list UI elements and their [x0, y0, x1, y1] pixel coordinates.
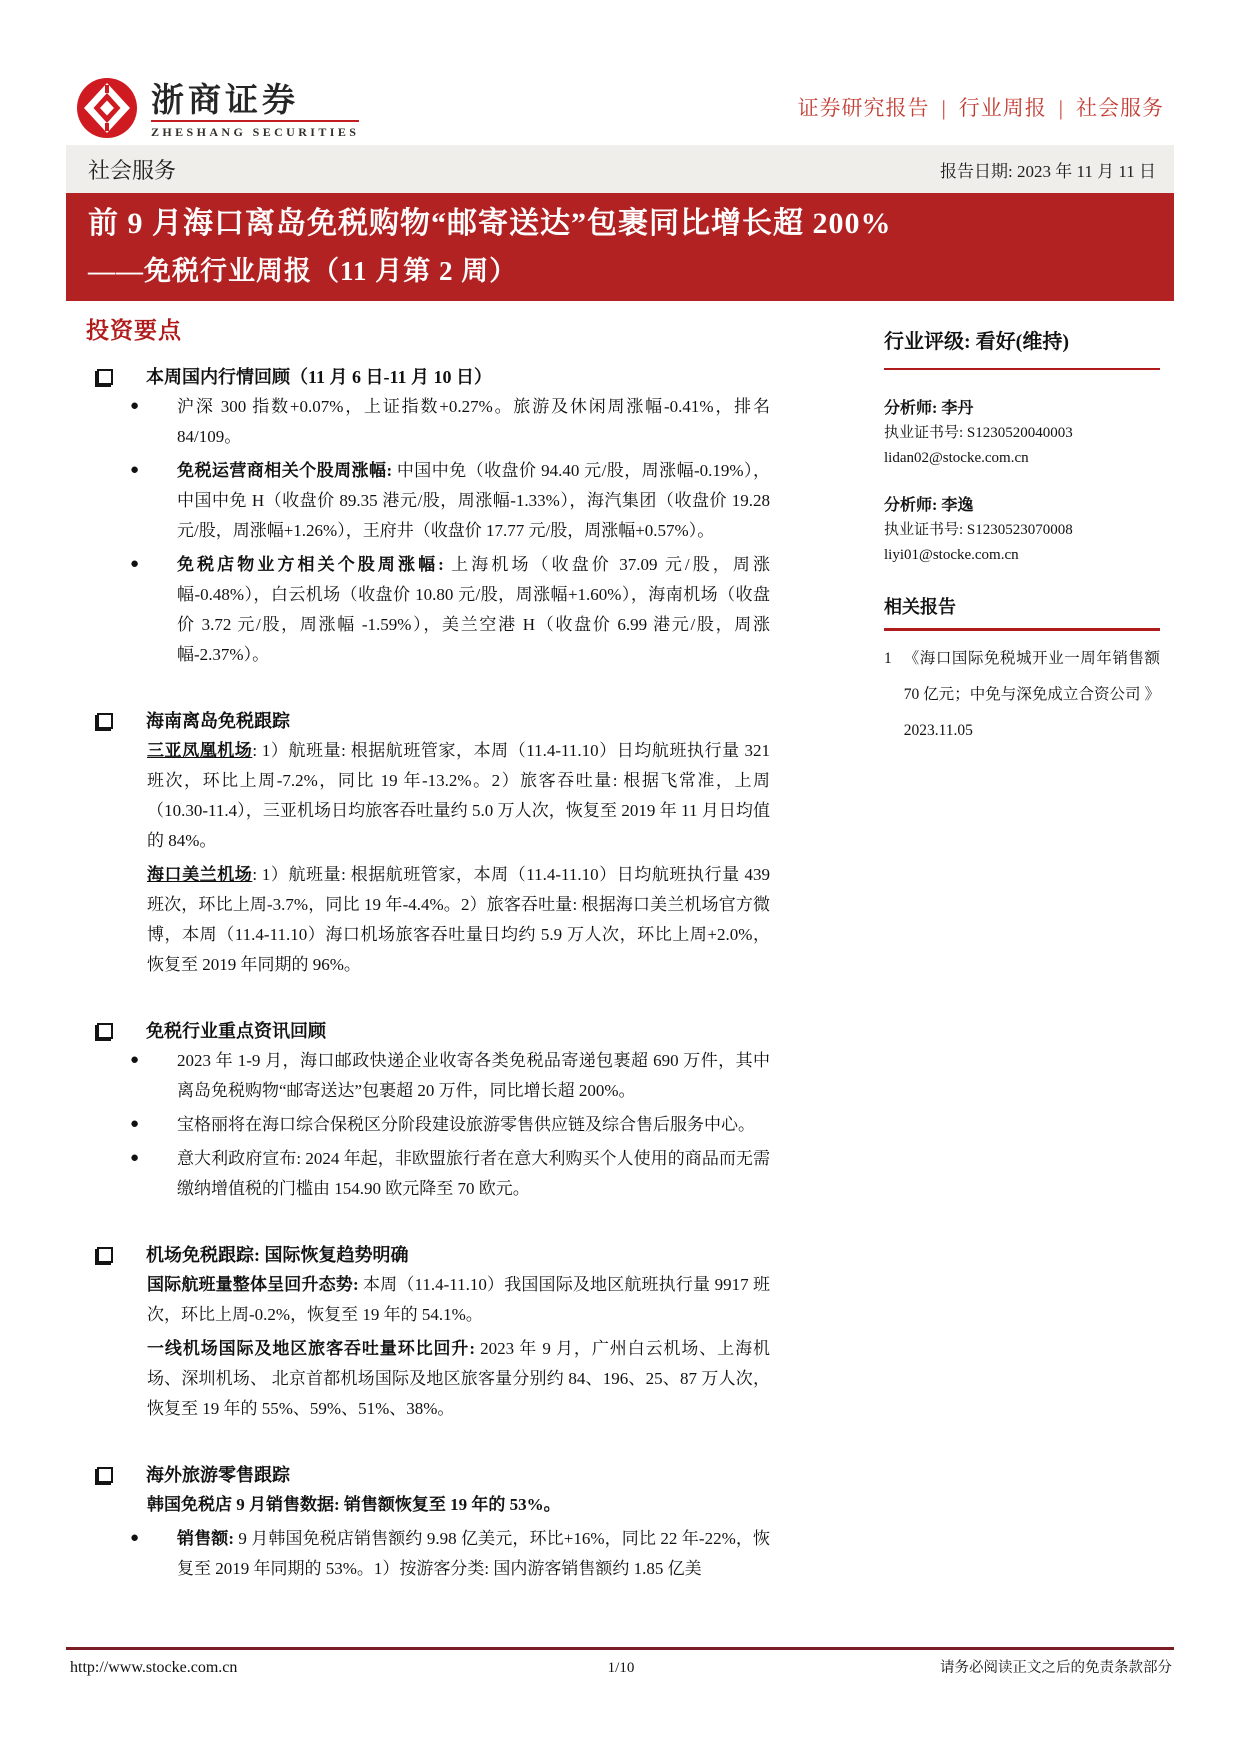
- text-run: 2023 年 1-9 月，海口邮政快递企业收寄各类免税品寄递包裹超 690 万件…: [177, 1051, 770, 1100]
- logo-text-block: 浙商证券 ZHESHANG SECURITIES: [151, 82, 359, 140]
- text-run: 宝格丽将在海口综合保税区分阶段建设旅游零售供应链及综合售后服务中心。: [177, 1115, 755, 1134]
- analyst-name: 分析师: 李丹: [884, 396, 1160, 421]
- zheshang-logo: 浙商证券 ZHESHANG SECURITIES: [75, 76, 359, 145]
- report-type-tags: 证券研究报告|行业周报|社会服务: [798, 92, 1164, 122]
- section-heading-text: 海南离岛免税跟踪: [146, 706, 290, 736]
- analyst-cert-number: 执业证书号: S1230523070008: [884, 518, 1160, 543]
- section-heading-text: 机场免税跟踪: 国际恢复趋势明确: [146, 1240, 409, 1270]
- text-run: 免税店物业方相关个股周涨幅:: [177, 555, 451, 574]
- report-tag: 社会服务: [1076, 96, 1164, 120]
- text-run: 免税运营商相关个股周涨幅:: [177, 461, 397, 480]
- section-heading: 本周国内行情回顾（11 月 6 日-11 月 10 日）: [97, 362, 770, 392]
- text-run: 销售额:: [177, 1529, 238, 1548]
- paragraph: 一线机场国际及地区旅客吞吐量环比回升: 2023 年 9 月，广州白云机场、上海…: [147, 1334, 770, 1424]
- report-section: 海南离岛免税跟踪三亚凤凰机场: 1）航班量: 根据航班管家，本周（11.4-11…: [86, 706, 770, 980]
- logo-chinese-name: 浙商证券: [151, 82, 359, 118]
- section-checkbox-icon: [97, 1467, 113, 1483]
- sections: 本周国内行情回顾（11 月 6 日-11 月 10 日）●沪深 300 指数+0…: [86, 362, 770, 1584]
- page-number: 1/10: [467, 1660, 776, 1677]
- analyst-card: 分析师: 李逸执业证书号: S1230523070008liyi01@stock…: [884, 493, 1160, 568]
- title-banner: 前 9 月海口离岛免税购物“邮寄送达”包裹同比增长超 200% ——免税行业周报…: [66, 193, 1174, 301]
- report-date: 报告日期: 2023 年 11 月 11 日: [940, 157, 1156, 182]
- text-run: 9 月韩国免税店销售额约 9.98 亿美元，环比+16%，同比 22 年-22%…: [177, 1529, 770, 1578]
- paragraph: 海口美兰机场: 1）航班量: 根据航班管家，本周（11.4-11.10）日均航班…: [147, 860, 770, 980]
- zheshang-logo-icon: [75, 76, 139, 145]
- bullet-dot-icon: ●: [130, 1523, 139, 1553]
- report-title: 前 9 月海口离岛免税购物“邮寄送达”包裹同比增长超 200%: [88, 200, 1164, 248]
- section-heading-text: 海外旅游零售跟踪: [146, 1460, 290, 1490]
- main-content: 投资要点 本周国内行情回顾（11 月 6 日-11 月 10 日）●沪深 300…: [86, 316, 1160, 1584]
- disclaimer-note: 请务必阅读正文之后的免责条款部分: [775, 1656, 1172, 1677]
- logo-english-name: ZHESHANG SECURITIES: [151, 125, 359, 140]
- bullet-item: ●沪深 300 指数+0.07%，上证指数+0.27%。旅游及休闲周涨幅-0.4…: [147, 392, 770, 452]
- industry-category-label: 社会服务: [88, 154, 176, 185]
- page-header: 浙商证券 ZHESHANG SECURITIES 证券研究报告|行业周报|社会服…: [75, 76, 1164, 145]
- section-heading-text: 免税行业重点资讯回顾: [146, 1016, 326, 1046]
- paragraph: 国际航班量整体呈回升态势: 本周（11.4-11.10）我国国际及地区航班执行量…: [147, 1270, 770, 1330]
- bullet-dot-icon: ●: [130, 1143, 139, 1173]
- related-report-text: 《海口国际免税城开业一周年销售额 70 亿元；中免与深免成立合资公司 》 202…: [904, 641, 1160, 749]
- page-footer: http://www.stocke.com.cn 1/10 请务必阅读正文之后的…: [66, 1647, 1174, 1677]
- industry-rating: 行业评级: 看好(维持): [884, 328, 1160, 370]
- report-section: 本周国内行情回顾（11 月 6 日-11 月 10 日）●沪深 300 指数+0…: [86, 362, 770, 670]
- sidebar-column: 行业评级: 看好(维持) 分析师: 李丹执业证书号: S123052004000…: [884, 316, 1160, 1584]
- report-section: 免税行业重点资讯回顾●2023 年 1-9 月，海口邮政快递企业收寄各类免税品寄…: [86, 1016, 770, 1204]
- tag-separator: |: [1059, 96, 1064, 120]
- report-tag: 证券研究报告: [798, 96, 930, 120]
- analyst-email: lidan02@stocke.com.cn: [884, 446, 1160, 471]
- bullet-dot-icon: ●: [130, 1045, 139, 1075]
- investment-summary-column: 投资要点 本周国内行情回顾（11 月 6 日-11 月 10 日）●沪深 300…: [86, 316, 770, 1584]
- report-tag: 行业周报: [959, 96, 1047, 120]
- analyst-card: 分析师: 李丹执业证书号: S1230520040003lidan02@stoc…: [884, 396, 1160, 471]
- bullet-item: ●2023 年 1-9 月，海口邮政快递企业收寄各类免税品寄递包裹超 690 万…: [147, 1046, 770, 1106]
- analyst-name: 分析师: 李逸: [884, 493, 1160, 518]
- company-url: http://www.stocke.com.cn: [70, 1659, 467, 1677]
- bullet-item: ●意大利政府宣布: 2024 年起，非欧盟旅行者在意大利购买个人使用的商品而无需…: [147, 1144, 770, 1204]
- text-run: 三亚凤凰机场: [147, 741, 252, 760]
- bullet-dot-icon: ●: [130, 549, 139, 579]
- bullet-dot-icon: ●: [130, 1109, 139, 1139]
- text-run: 国际航班量整体呈回升态势:: [147, 1275, 363, 1294]
- section-heading: 机场免税跟踪: 国际恢复趋势明确: [97, 1240, 770, 1270]
- bullet-item: ●销售额: 9 月韩国免税店销售额约 9.98 亿美元，环比+16%，同比 22…: [147, 1524, 770, 1584]
- analysts-block: 分析师: 李丹执业证书号: S1230520040003lidan02@stoc…: [884, 396, 1160, 568]
- text-run: 韩国免税店 9 月销售数据: 销售额恢复至 19 年的 53%。: [147, 1495, 561, 1514]
- report-subtitle: ——免税行业周报（11 月第 2 周）: [88, 248, 1164, 294]
- meta-band: 社会服务 报告日期: 2023 年 11 月 11 日: [66, 145, 1174, 193]
- bullet-item: ●宝格丽将在海口综合保税区分阶段建设旅游零售供应链及综合售后服务中心。: [147, 1110, 770, 1140]
- section-heading: 海南离岛免税跟踪: [97, 706, 770, 736]
- section-checkbox-icon: [97, 369, 113, 385]
- text-run: 沪深 300 指数+0.07%，上证指数+0.27%。旅游及休闲周涨幅-0.41…: [177, 397, 770, 446]
- paragraph: 韩国免税店 9 月销售数据: 销售额恢复至 19 年的 53%。: [147, 1490, 770, 1520]
- related-reports-list: 1《海口国际免税城开业一周年销售额 70 亿元；中免与深免成立合资公司 》 20…: [884, 641, 1160, 749]
- paragraph: 三亚凤凰机场: 1）航班量: 根据航班管家，本周（11.4-11.10）日均航班…: [147, 736, 770, 856]
- text-run: 意大利政府宣布: 2024 年起，非欧盟旅行者在意大利购买个人使用的商品而无需缴…: [177, 1149, 770, 1198]
- section-heading: 免税行业重点资讯回顾: [97, 1016, 770, 1046]
- text-run: 海口美兰机场: [147, 865, 252, 884]
- section-checkbox-icon: [97, 1023, 113, 1039]
- section-checkbox-icon: [97, 713, 113, 729]
- section-heading: 海外旅游零售跟踪: [97, 1460, 770, 1490]
- related-report-item: 1《海口国际免税城开业一周年销售额 70 亿元；中免与深免成立合资公司 》 20…: [884, 641, 1160, 749]
- analyst-cert-number: 执业证书号: S1230520040003: [884, 421, 1160, 446]
- report-section: 海外旅游零售跟踪韩国免税店 9 月销售数据: 销售额恢复至 19 年的 53%。…: [86, 1460, 770, 1584]
- related-report-index: 1: [884, 641, 892, 749]
- analyst-email: liyi01@stocke.com.cn: [884, 543, 1160, 568]
- bullet-dot-icon: ●: [130, 391, 139, 421]
- report-section: 机场免税跟踪: 国际恢复趋势明确国际航班量整体呈回升态势: 本周（11.4-11…: [86, 1240, 770, 1424]
- related-reports-title: 相关报告: [884, 594, 1160, 631]
- tag-separator: |: [942, 96, 947, 120]
- logo-rule: [151, 120, 359, 122]
- investment-highlights-title: 投资要点: [86, 316, 770, 346]
- report-page: 浙商证券 ZHESHANG SECURITIES 证券研究报告|行业周报|社会服…: [0, 0, 1240, 1754]
- bullet-item: ●免税运营商相关个股周涨幅: 中国中免（收盘价 94.40 元/股，周涨幅-0.…: [147, 456, 770, 546]
- section-heading-text: 本周国内行情回顾（11 月 6 日-11 月 10 日）: [146, 362, 492, 392]
- section-checkbox-icon: [97, 1247, 113, 1263]
- text-run: 一线机场国际及地区旅客吞吐量环比回升:: [147, 1339, 480, 1358]
- bullet-item: ●免税店物业方相关个股周涨幅: 上海机场（收盘价 37.09 元/股，周涨幅-0…: [147, 550, 770, 670]
- bullet-dot-icon: ●: [130, 455, 139, 485]
